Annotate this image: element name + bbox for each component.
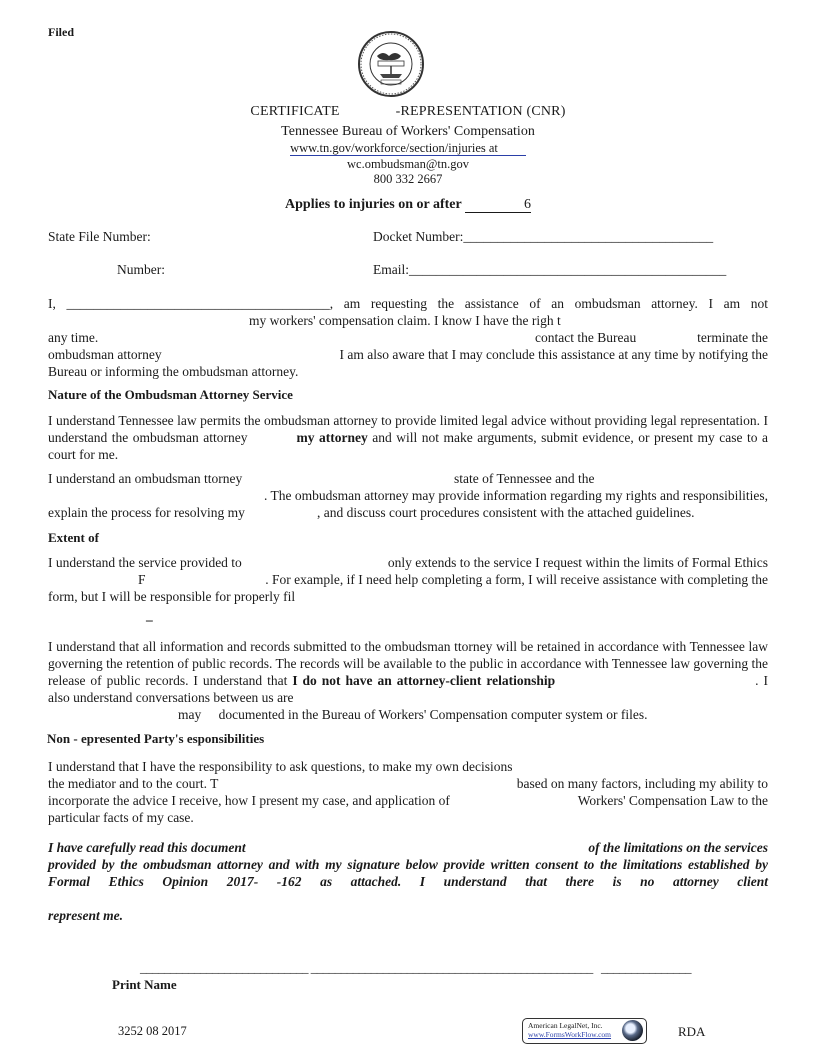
website-link-text[interactable]: www.tn.gov/workforce/section/injuries at xyxy=(290,141,526,156)
intro-line-4: ombudsman attorney I am also aware that … xyxy=(48,346,768,363)
ombudsman-email: wc.ombudsman@tn.gov xyxy=(0,157,816,172)
nature-heading: Nature of the Ombudsman Attorney Service xyxy=(48,387,293,403)
intro-line-2: my workers' compensation claim. I know I… xyxy=(48,312,768,329)
title-right: -REPRESENTATION (CNR) xyxy=(396,104,566,119)
filed-label: Filed xyxy=(48,25,74,40)
tennessee-seal-icon xyxy=(357,30,425,98)
website-link[interactable]: www.tn.gov/workforce/section/injuries at xyxy=(0,141,816,156)
nature-paragraph-2: I understand an ombudsman ttorney state … xyxy=(48,470,768,521)
phone-number: 800 332 2667 xyxy=(0,172,816,187)
intro-line-5: Bureau or informing the ombudsman attorn… xyxy=(48,363,768,380)
applies-line: Applies to injuries on or after 6 xyxy=(0,197,816,213)
globe-icon xyxy=(622,1020,643,1041)
dash-mark: – xyxy=(48,611,768,628)
nature-paragraph-1: I understand Tennessee law permits the o… xyxy=(48,412,768,463)
responsibilities-paragraph: I understand that I have the responsibil… xyxy=(48,758,768,826)
docket-number-field[interactable]: Docket Number:__________________________… xyxy=(373,229,713,245)
title-left: CERTIFICATE xyxy=(250,104,339,119)
form-title: CERTIFICATE-REPRESENTATION (CNR) xyxy=(0,104,816,120)
print-name-label: Print Name xyxy=(112,977,177,993)
bureau-name: Tennessee Bureau of Workers' Compensatio… xyxy=(0,124,816,140)
consent-paragraph: I have carefully read this document of t… xyxy=(48,839,768,924)
state-file-number-field[interactable]: State File Number: xyxy=(48,229,151,245)
rda-label: RDA xyxy=(678,1024,705,1040)
responsibilities-heading: Non - epresented Party's esponsibilities xyxy=(47,731,264,747)
extent-heading: Extent of xyxy=(48,530,99,546)
intro-paragraph: I, _____________________________________… xyxy=(48,295,768,380)
intro-line-3: any time. contact the Bureau terminate t… xyxy=(48,329,768,346)
number-field[interactable]: Number: xyxy=(117,262,165,278)
extent-paragraph: I understand the service provided to onl… xyxy=(48,554,768,628)
applies-date-field[interactable]: 6 xyxy=(465,198,531,213)
email-field[interactable]: Email:__________________________________… xyxy=(373,262,726,278)
signature-lines[interactable]: ____________________________ ___________… xyxy=(140,960,691,976)
form-number: 3252 08 2017 xyxy=(118,1024,187,1039)
american-legalnet-logo[interactable]: American LegalNet, Inc. www.FormsWorkFlo… xyxy=(522,1018,647,1044)
intro-line-1: I, _____________________________________… xyxy=(48,295,768,312)
applies-label: Applies to injuries on or after xyxy=(285,197,461,212)
records-paragraph: I understand that all information and re… xyxy=(48,638,768,723)
